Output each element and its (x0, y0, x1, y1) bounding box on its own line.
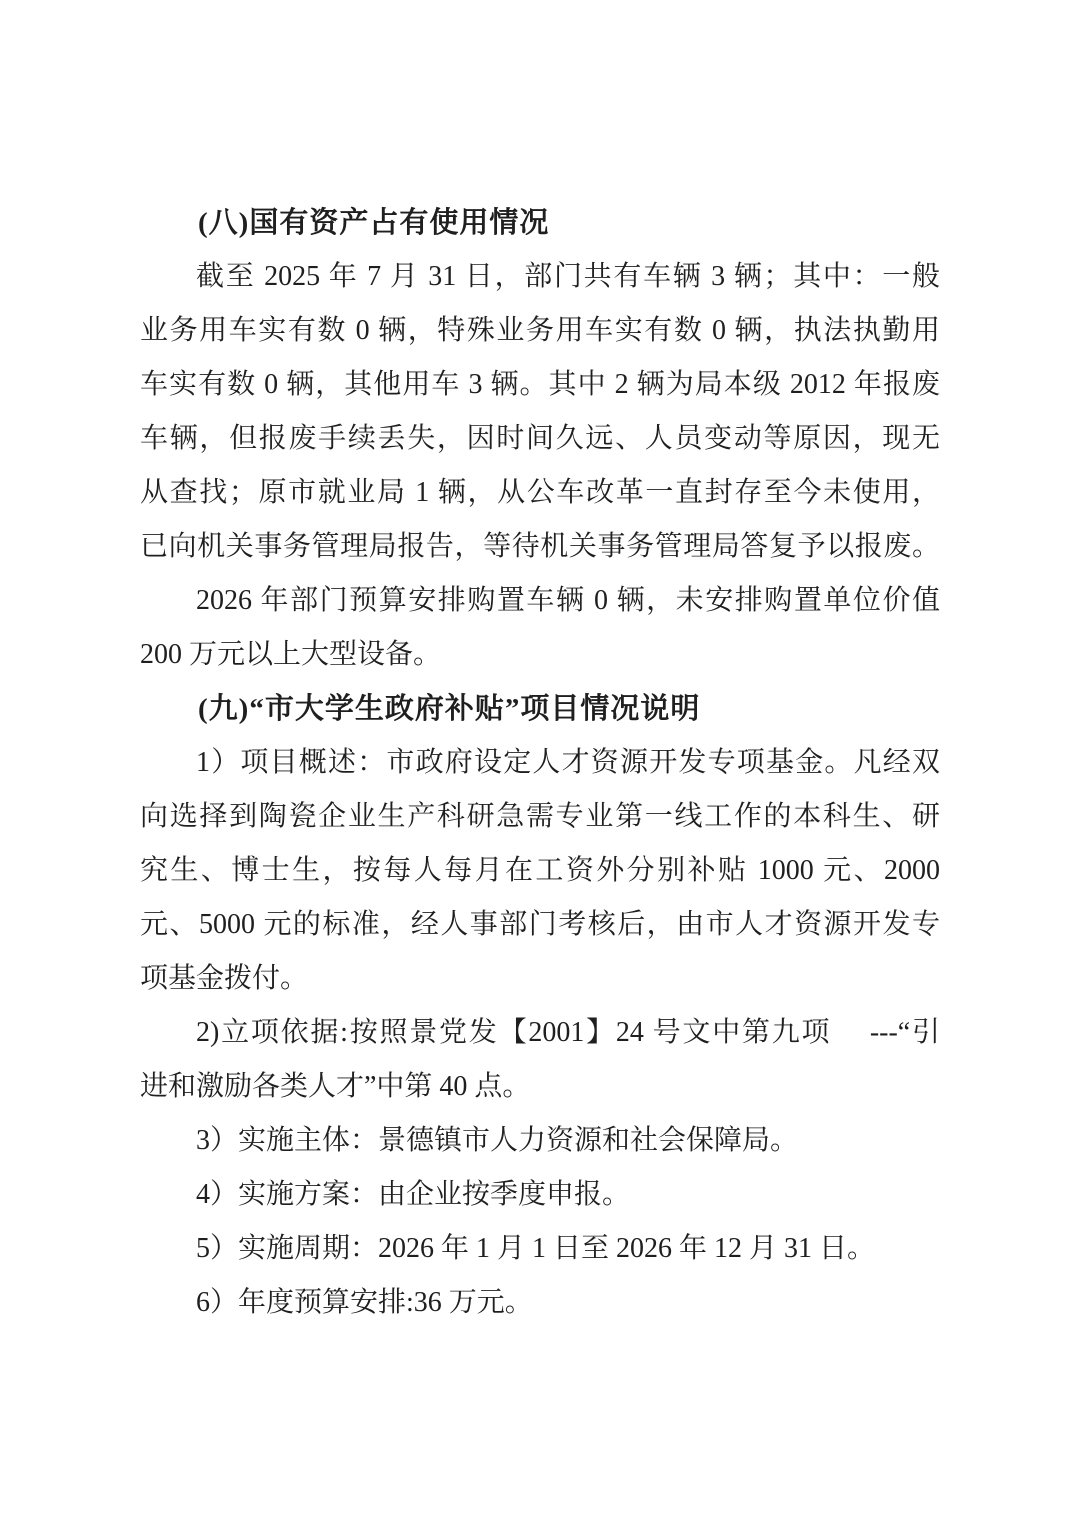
text-line: 200 万元以上大型设备。 (140, 628, 940, 682)
text-line: 元、5000 元的标准，经人事部门考核后，由市人才资源开发专 (140, 898, 940, 952)
text-line: 截至 2025 年 7 月 31 日，部门共有车辆 3 辆；其中：一般 (140, 250, 940, 304)
text-line: 项基金拨付。 (140, 952, 940, 1006)
text-line: 从查找；原市就业局 1 辆，从公车改革一直封存至今未使用， (140, 466, 940, 520)
text-line: 进和激励各类人才”中第 40 点。 (140, 1060, 940, 1114)
text-line: 向选择到陶瓷企业生产科研急需专业第一线工作的本科生、研 (140, 790, 940, 844)
section-9-heading: (九)“市大学生政府补贴”项目情况说明 (140, 682, 940, 736)
text-line: 6）年度预算安排:36 万元。 (140, 1276, 940, 1330)
text-line: 究生、博士生，按每人每月在工资外分别补贴 1000 元、2000 (140, 844, 940, 898)
text-line: 5）实施周期：2026 年 1 月 1 日至 2026 年 12 月 31 日。 (140, 1222, 940, 1276)
text-line: 1）项目概述：市政府设定人才资源开发专项基金。凡经双 (140, 736, 940, 790)
text-line: 车实有数 0 辆，其他用车 3 辆。其中 2 辆为局本级 2012 年报废 (140, 358, 940, 412)
document-body: (八)国有资产占有使用情况 截至 2025 年 7 月 31 日，部门共有车辆 … (140, 196, 940, 1330)
text-line: 车辆，但报废手续丢失，因时间久远、人员变动等原因，现无 (140, 412, 940, 466)
text-line: 3）实施主体：景德镇市人力资源和社会保障局。 (140, 1114, 940, 1168)
section-8-heading: (八)国有资产占有使用情况 (140, 196, 940, 250)
text-line: 2)立项依据:按照景党发【2001】24 号文中第九项 ---“引 (140, 1006, 940, 1060)
text-line: 4）实施方案：由企业按季度申报。 (140, 1168, 940, 1222)
text-line: 2026 年部门预算安排购置车辆 0 辆，未安排购置单位价值 (140, 574, 940, 628)
text-line: 业务用车实有数 0 辆，特殊业务用车实有数 0 辆，执法执勤用 (140, 304, 940, 358)
text-line: 已向机关事务管理局报告，等待机关事务管理局答复予以报废。 (140, 520, 940, 574)
document-page: (八)国有资产占有使用情况 截至 2025 年 7 月 31 日，部门共有车辆 … (0, 0, 1074, 1520)
